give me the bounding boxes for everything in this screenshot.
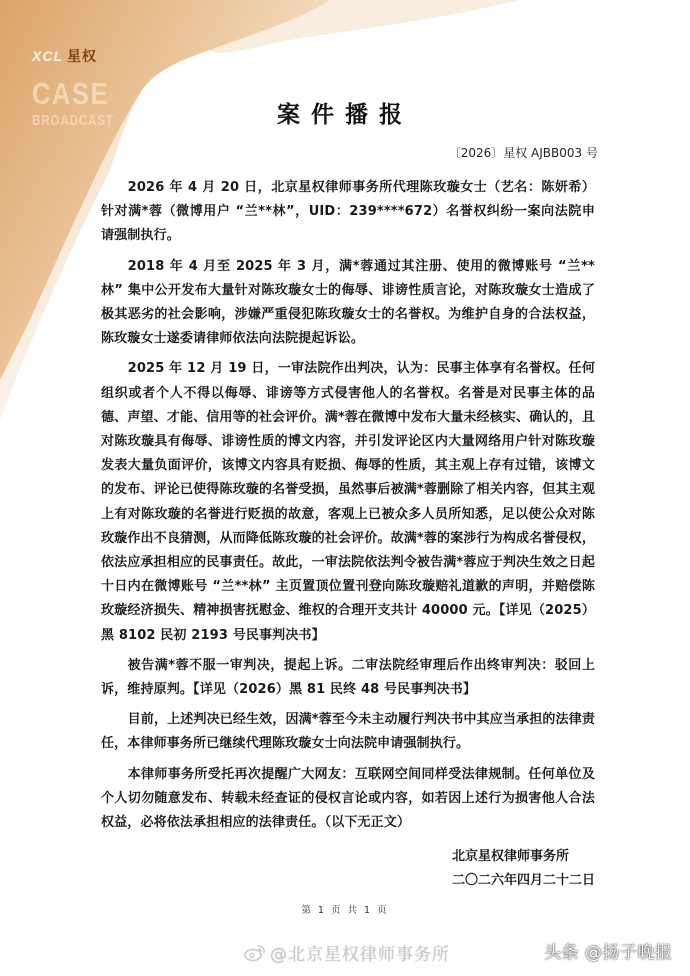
paragraph-enforcement-intro: 2026 年 4 月 20 日，北京星权律师事务所代理陈玫璇女士（艺名：陈妍希）… xyxy=(101,176,595,249)
toutiao-watermark: 头条 @扬子晚报 xyxy=(544,938,672,963)
paragraph-reminder: 本律师事务所受托再次提醒广大网友：互联网空间同样受法律规制。任何单位及个人切勿随… xyxy=(101,763,595,836)
paragraph-first-instance: 2025 年 12 月 19 日，一审法院作出判决，认为：民事主体享有名誉权。任… xyxy=(101,357,595,647)
page-number: 第 1 页 共 1 页 xyxy=(0,902,690,916)
weibo-icon xyxy=(244,944,266,962)
paragraph-background: 2018 年 4 月至 2025 年 3 月，满*蓉通过其注册、使用的微博账号 … xyxy=(101,255,595,352)
paragraph-second-instance: 被告满*蓉不服一审判决，提起上诉。二审法院经审理后作出终审判决：驳回上诉，维持原… xyxy=(101,654,595,702)
document-body: 2026 年 4 月 20 日，北京星权律师事务所代理陈玫璇女士（艺名：陈妍希）… xyxy=(101,176,595,841)
weibo-handle: @北京星权律师事务所 xyxy=(270,940,450,965)
brand-logo: XCL 星权 xyxy=(32,46,137,66)
weibo-watermark: @北京星权律师事务所 xyxy=(244,940,450,965)
signature-block: 北京星权律师事务所 二〇二六年四月二十二日 xyxy=(452,845,595,893)
signature-date: 二〇二六年四月二十二日 xyxy=(452,869,595,893)
signature-org: 北京星权律师事务所 xyxy=(452,845,595,869)
brand-logo-cn: 星权 xyxy=(67,46,97,66)
brand-logo-latin: XCL xyxy=(32,48,63,64)
paragraph-current-status: 目前，上述判决已经生效，因满*蓉至今未主动履行判决书中其应当承担的法律责任，本律… xyxy=(101,708,595,756)
document-number: 〔2026〕星权 AJBB003 号 xyxy=(449,144,598,161)
document-title: 案件播报 xyxy=(0,96,690,129)
